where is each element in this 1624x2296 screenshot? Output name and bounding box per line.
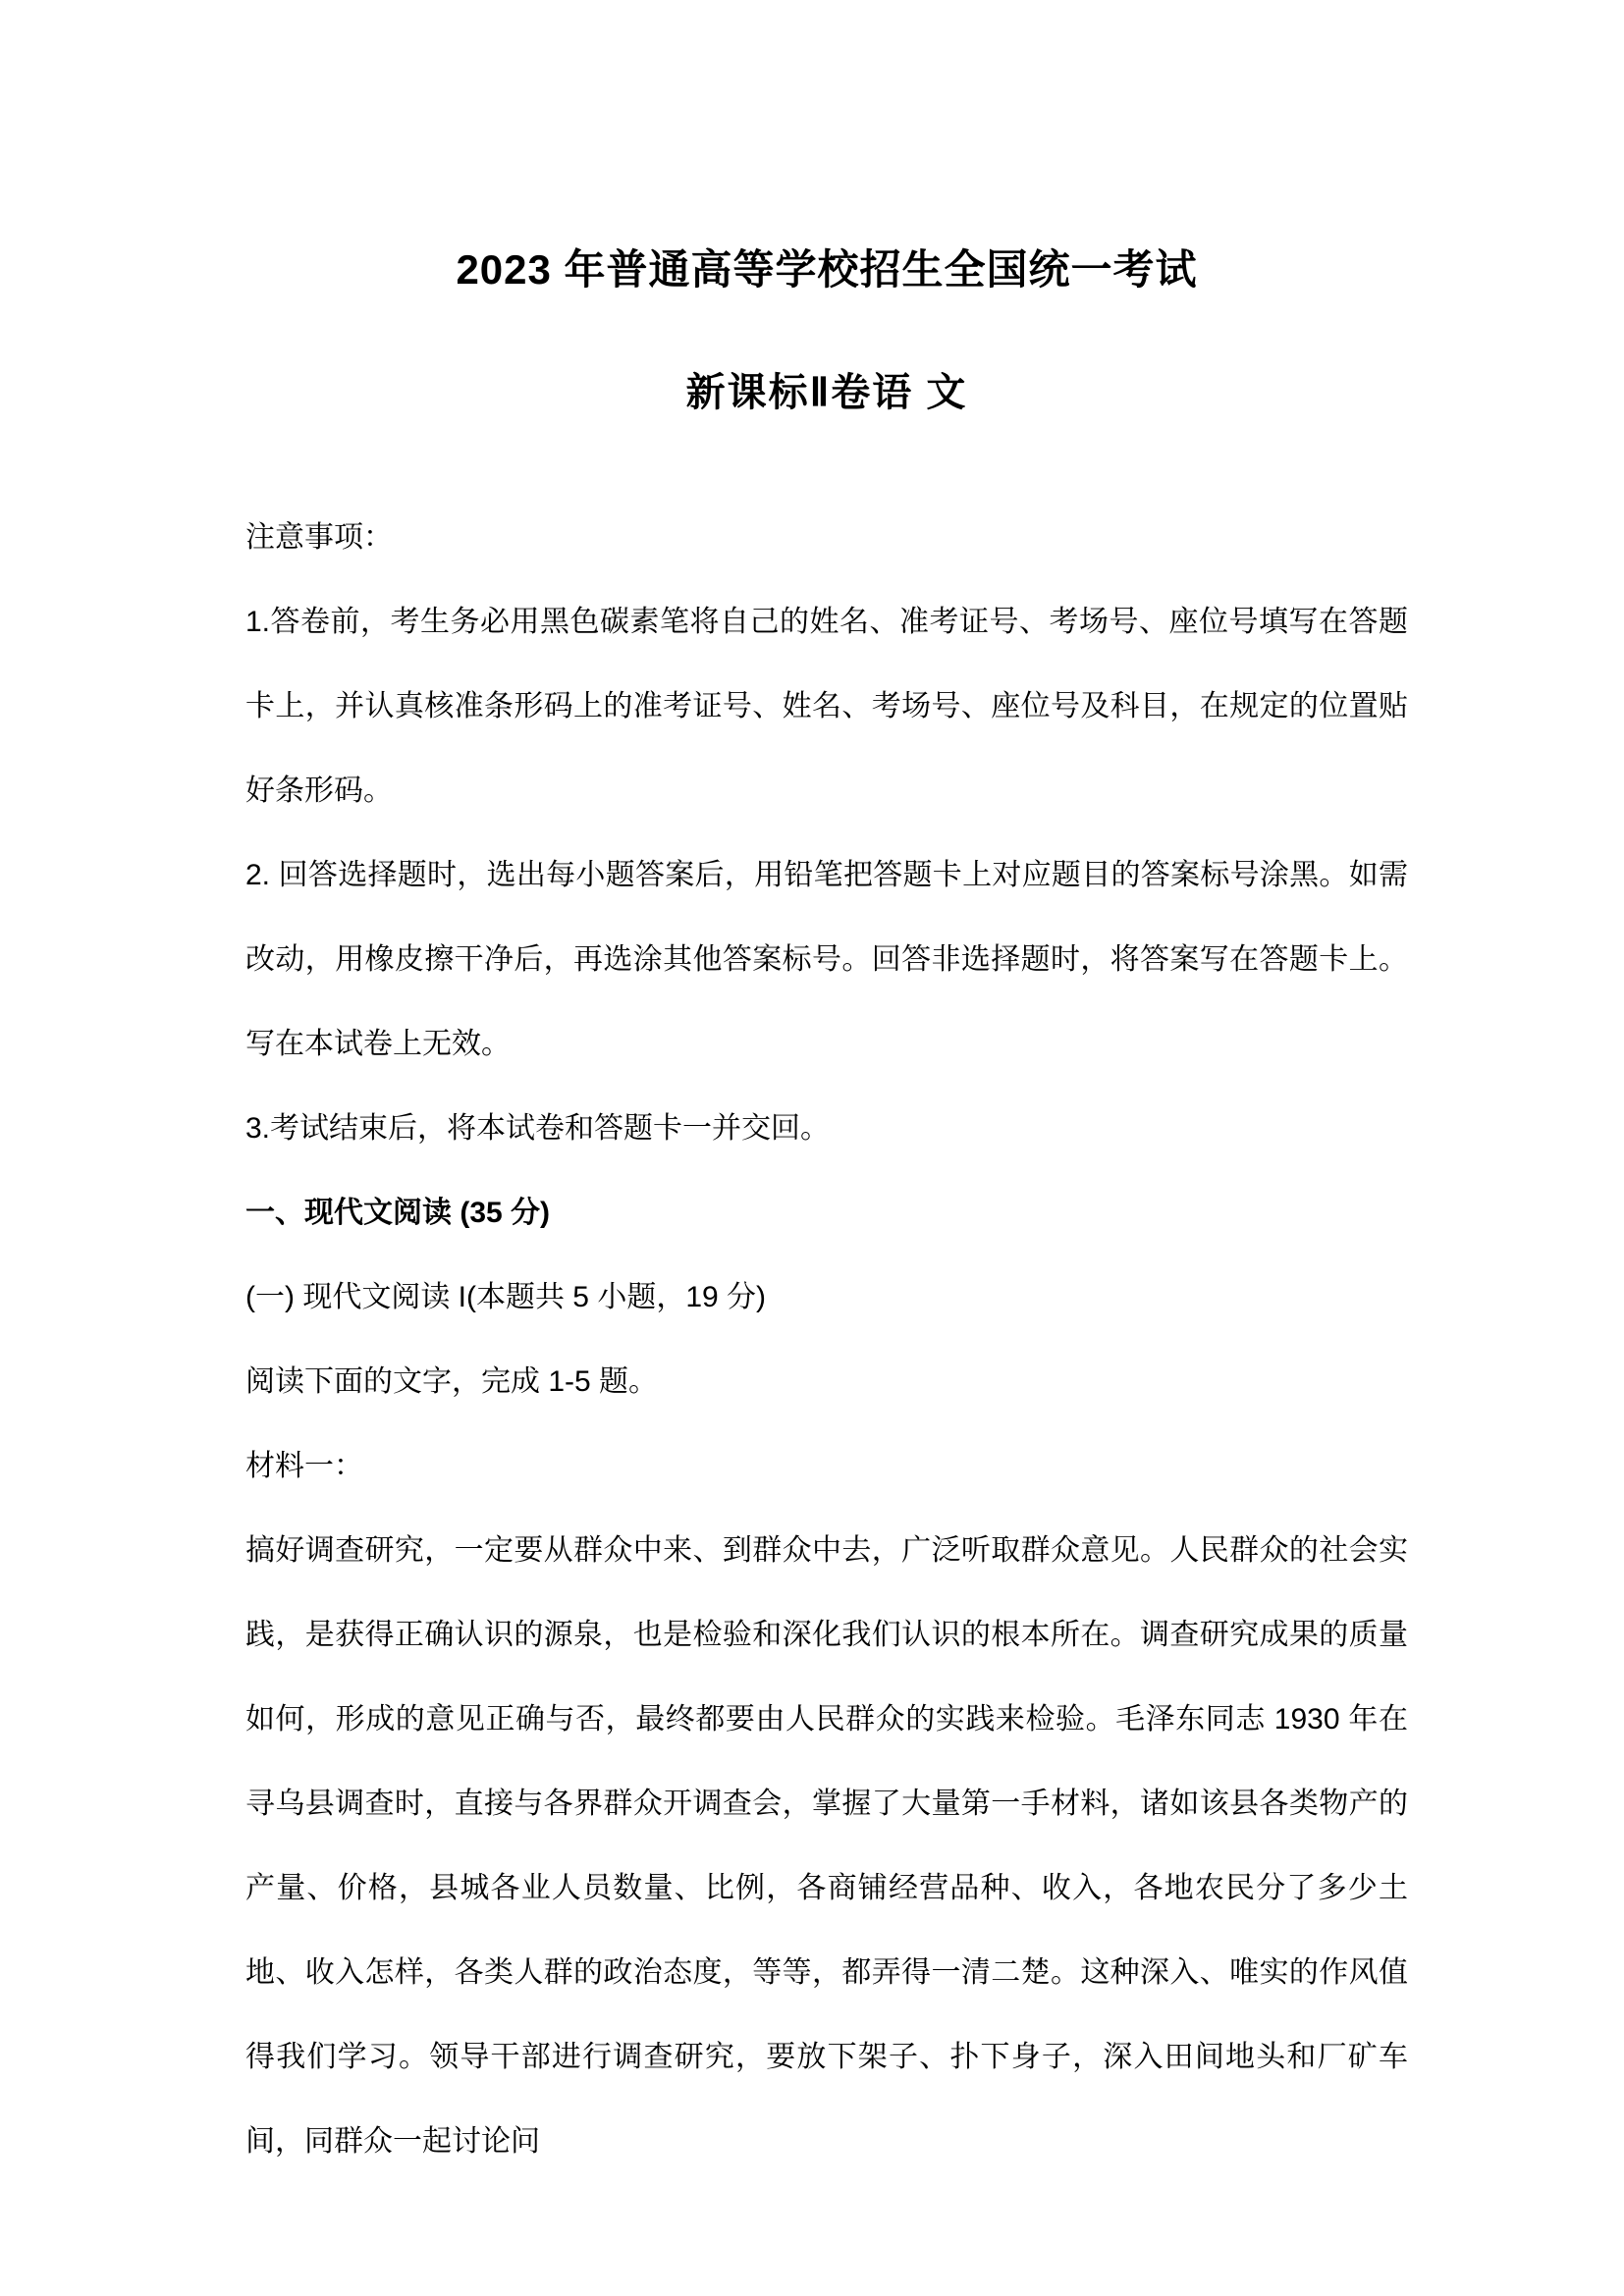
notice-item-1: 1.答卷前，考生务必用黑色碳素笔将自己的姓名、准考证号、考场号、座位号填写在答题… xyxy=(245,580,1408,833)
document-title: 2023 年普通高等学校招生全国统一考试 xyxy=(245,236,1408,304)
notice-item-3: 3.考试结束后，将本试卷和答题卡一并交回。 xyxy=(245,1087,1408,1171)
document-subtitle: 新课标Ⅱ卷语 文 xyxy=(245,358,1408,427)
notice-heading: 注意事项： xyxy=(245,496,1408,580)
section-heading-modern-reading: 一、现代文阅读 (35 分) xyxy=(245,1171,1408,1255)
reading-instruction: 阅读下面的文字，完成 1-5 题。 xyxy=(245,1340,1408,1424)
notice-item-2: 2. 回答选择题时，选出每小题答案后，用铅笔把答题卡上对应题目的答案标号涂黑。如… xyxy=(245,833,1408,1087)
material-1-label: 材料一： xyxy=(245,1424,1408,1509)
document-body: 注意事项：1.答卷前，考生务必用黑色碳素笔将自己的姓名、准考证号、考场号、座位号… xyxy=(245,496,1408,2184)
exam-paper-page: 2023 年普通高等学校招生全国统一考试 新课标Ⅱ卷语 文 注意事项：1.答卷前… xyxy=(0,0,1624,2296)
subsection-heading-reading-1: (一) 现代文阅读 I(本题共 5 小题，19 分) xyxy=(245,1255,1408,1340)
material-1-body: 搞好调查研究，一定要从群众中来、到群众中去，广泛听取群众意见。人民群众的社会实践… xyxy=(245,1509,1408,2184)
